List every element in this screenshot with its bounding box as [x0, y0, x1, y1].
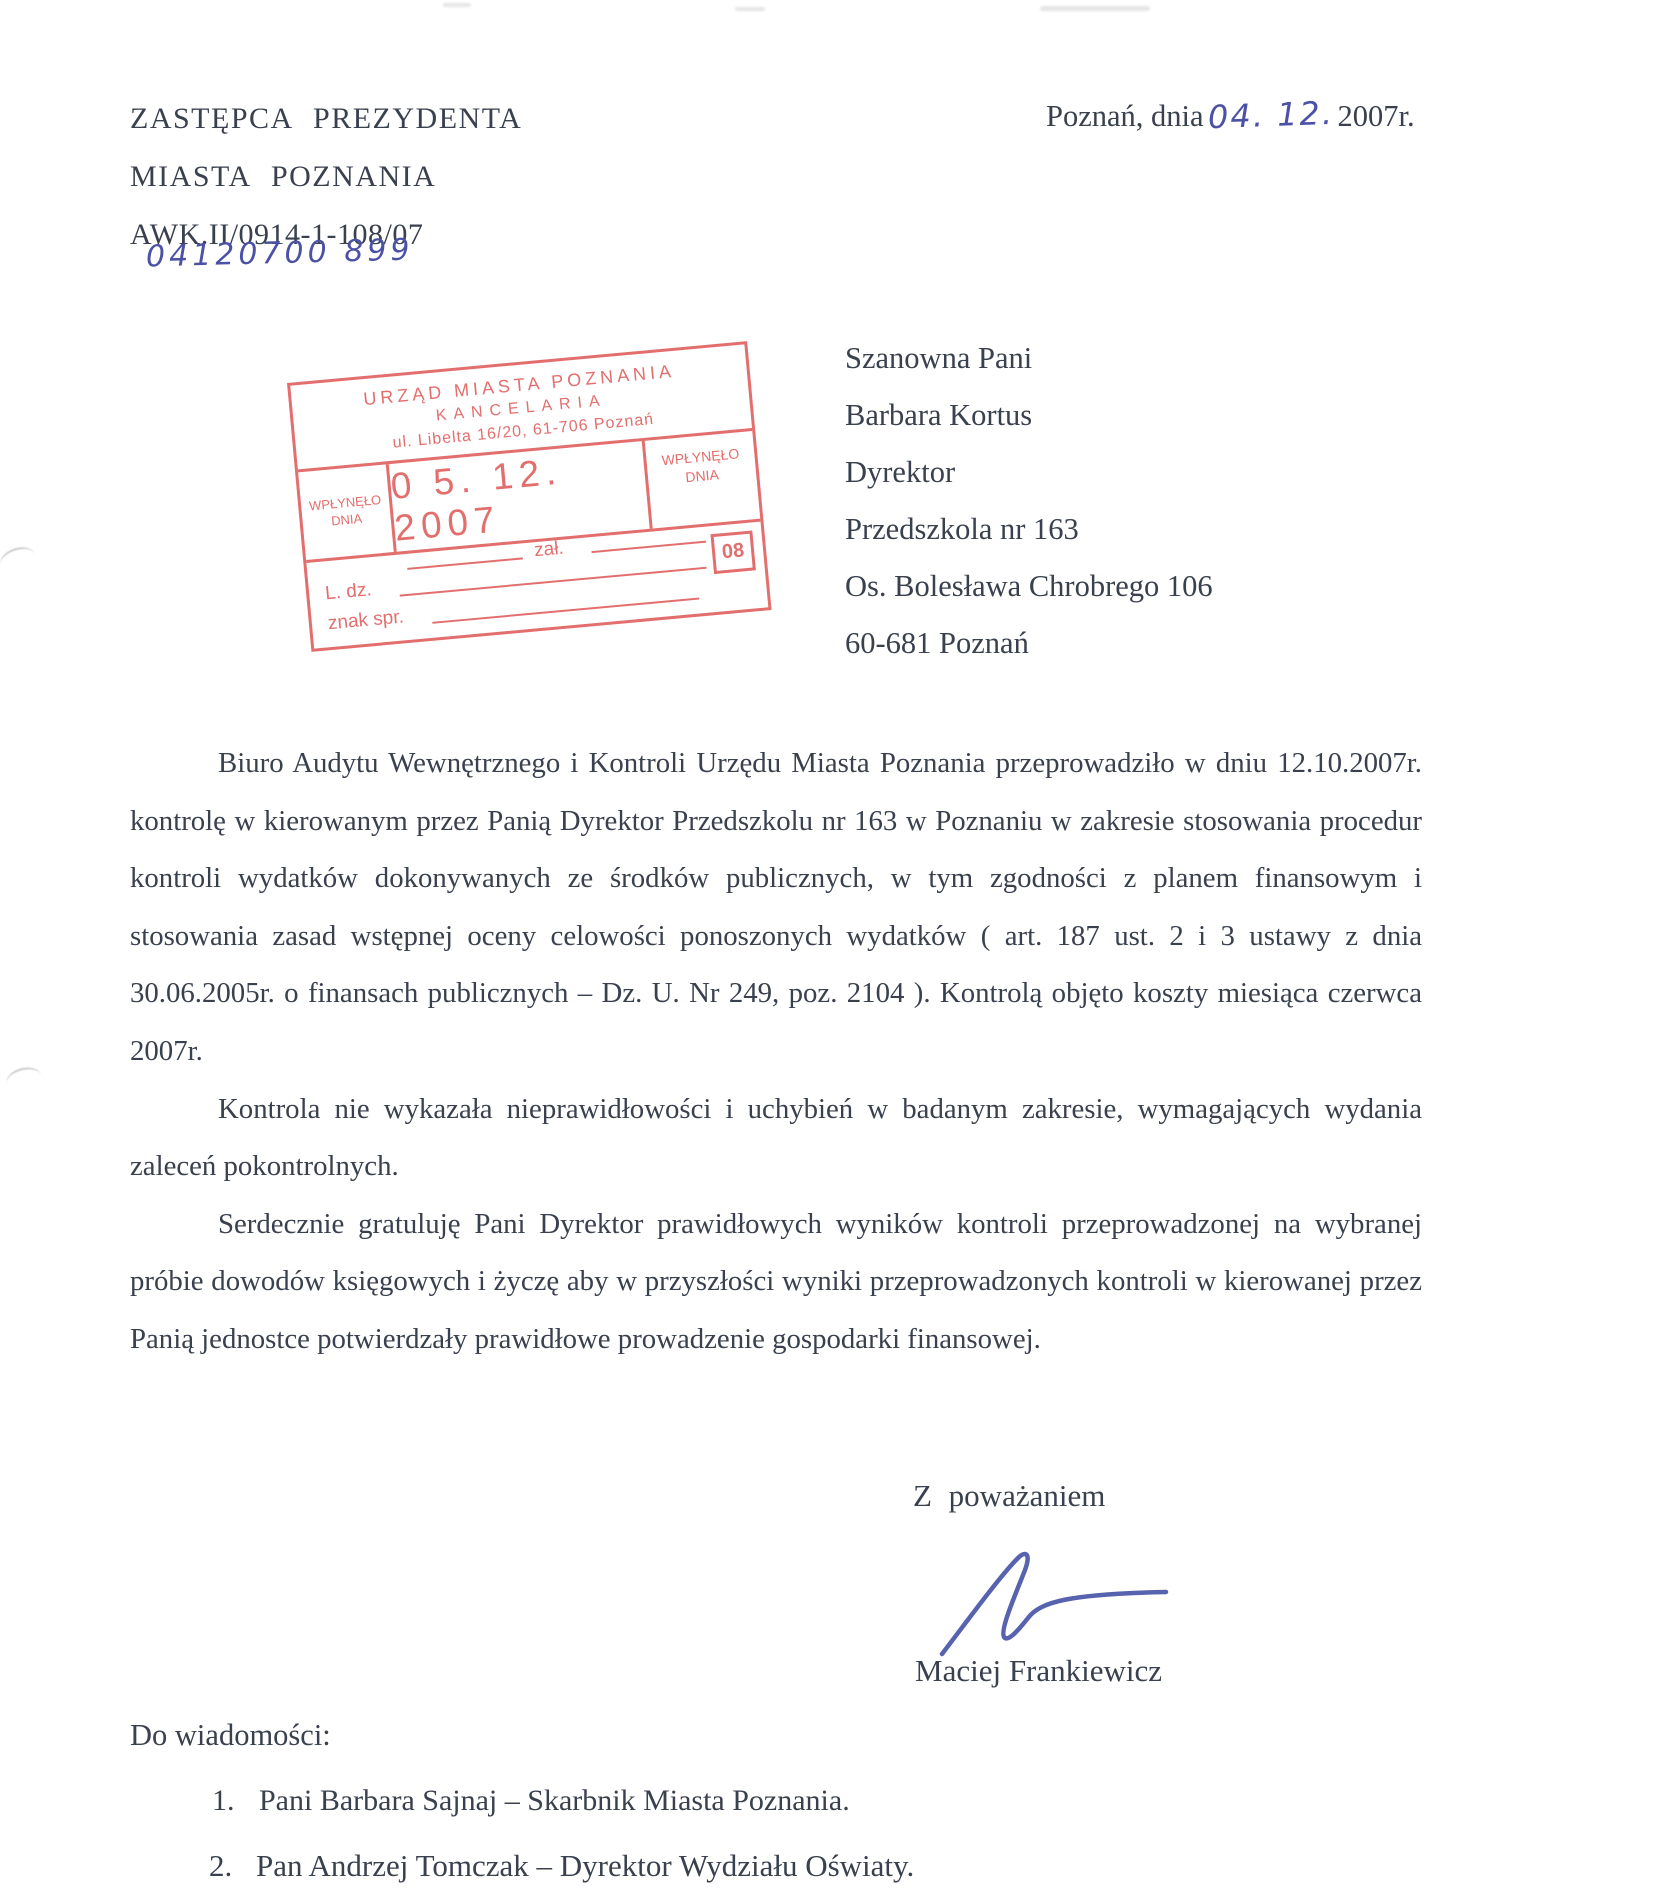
body-paragraph: Biuro Audytu Wewnętrznego i Kontroli Urz… — [130, 735, 1422, 1081]
body-paragraph: Serdecznie gratuluję Pani Dyrektor prawi… — [130, 1196, 1422, 1369]
scan-mark — [4, 1064, 45, 1096]
registry-stamp: URZĄD MIASTA POZNANIA KANCELARIA ul. Lib… — [287, 341, 772, 652]
body-paragraph: Kontrola nie wykazała nieprawidłowości i… — [130, 1081, 1422, 1196]
cc-item-text: Pani Barbara Sajnaj – Skarbnik Miasta Po… — [259, 1784, 850, 1818]
recipient-block: Szanowna Pani Barbara Kortus Dyrektor Pr… — [845, 330, 1213, 672]
stamp-blank-line — [407, 557, 523, 570]
stamp-ldz-label: L. dz. — [324, 579, 372, 605]
letterhead-office-line2: MIASTA POZNANIA — [130, 148, 522, 206]
dateline-prefix: Poznań, dnia — [1046, 99, 1204, 133]
stamp-blank-line — [432, 597, 699, 623]
recipient-institution: Przedszkola nr 163 — [845, 501, 1213, 558]
letterhead-office-line1: ZASTĘPCA PREZYDENTA — [130, 90, 522, 148]
scan-smudge — [443, 3, 471, 7]
scan-mark — [0, 543, 39, 577]
recipient-street: Os. Bolesława Chrobrego 106 — [845, 558, 1213, 615]
cc-item: 1. Pani Barbara Sajnaj – Skarbnik Miasta… — [212, 1784, 850, 1818]
dateline: Poznań, dnia04. 12.2007r. — [1046, 96, 1415, 134]
cc-item: 2. Pan Andrzej Tomczak – Dyrektor Wydzia… — [209, 1848, 914, 1884]
dateline-year: 2007r. — [1338, 99, 1415, 133]
handwritten-signature — [928, 1542, 1188, 1667]
handwritten-date: 04. 12. — [1207, 94, 1334, 136]
cc-item-number: 2. — [209, 1848, 256, 1884]
stamp-znak-label: znak spr. — [327, 606, 405, 635]
scan-smudge — [735, 7, 765, 11]
valediction: Z poważaniem — [913, 1478, 1105, 1514]
recipient-name: Barbara Kortus — [845, 387, 1213, 444]
stamp-blank-line — [591, 541, 706, 553]
scan-smudge — [1040, 6, 1150, 11]
signer-name: Maciej Frankiewicz — [915, 1653, 1162, 1689]
handwritten-registration-number: 04120700 899 — [146, 233, 414, 275]
cc-item-text: Pan Andrzej Tomczak – Dyrektor Wydziału … — [256, 1848, 914, 1884]
stamp-box-number: 08 — [710, 530, 755, 574]
stamp-blank-line — [400, 567, 707, 597]
stamp-received-label-left: WPŁYNĘŁO DNIA — [298, 464, 397, 560]
recipient-title: Dyrektor — [845, 444, 1213, 501]
letter-body: Biuro Audytu Wewnętrznego i Kontroli Urz… — [130, 735, 1422, 1369]
cc-heading: Do wiadomości: — [130, 1718, 331, 1753]
cc-item-number: 1. — [212, 1784, 259, 1818]
recipient-city: 60-681 Poznań — [845, 615, 1213, 672]
signature-stroke — [928, 1542, 1188, 1662]
stamp-received-label-right: WPŁYNĘŁO DNIA — [642, 431, 761, 529]
recipient-salutation: Szanowna Pani — [845, 330, 1213, 387]
stamp-attachments-label: zał. — [533, 538, 564, 563]
